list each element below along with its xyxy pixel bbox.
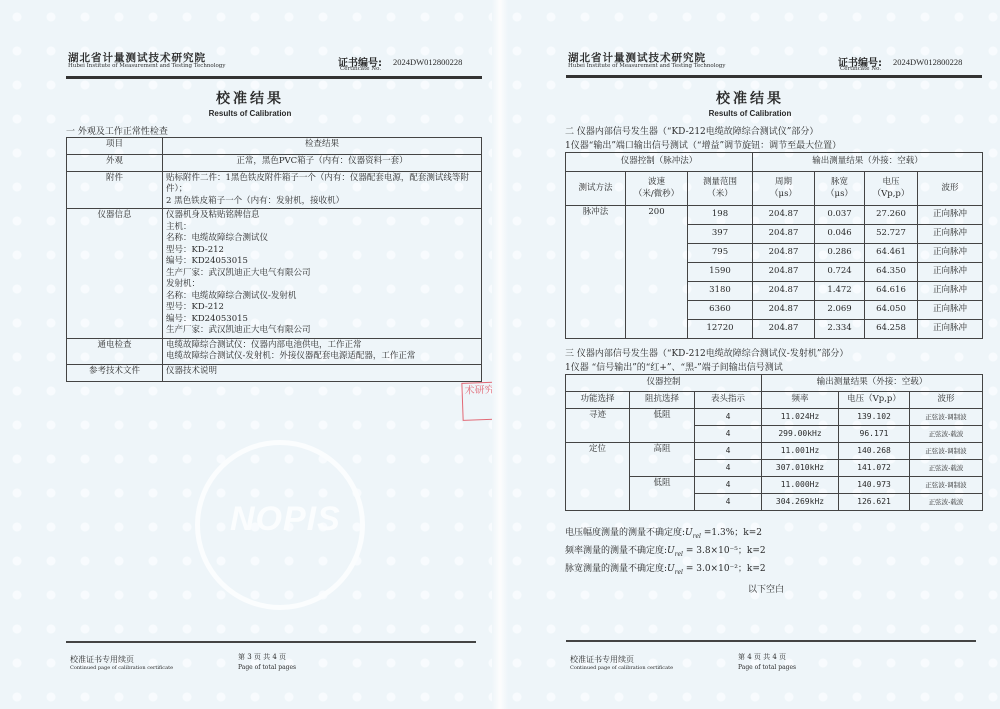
meter-reading: 4 bbox=[695, 443, 762, 460]
cell: 0.037 bbox=[815, 206, 865, 225]
meter-reading: 4 bbox=[695, 460, 762, 477]
footer-label-en: Continued page of calibration certificat… bbox=[570, 665, 673, 671]
voltage: 140.973 bbox=[839, 477, 910, 494]
column-header: 波速（米/微秒） bbox=[626, 172, 688, 206]
column-header: 电压（Vp,p） bbox=[865, 172, 918, 206]
cell: 795 bbox=[688, 244, 753, 263]
page-number-cn: 第 3 页 共 4 页 bbox=[238, 652, 286, 662]
cell: 2.069 bbox=[815, 301, 865, 320]
column-header: 阻抗选择 bbox=[630, 392, 695, 409]
column-header: 表头指示 bbox=[695, 392, 762, 409]
page-number-en: Page of total pages bbox=[238, 664, 296, 671]
table-row: 通电检查电缆故障综合测试仪：仪器内部电池供电，工作正常电缆故障综合测试仪-发射机… bbox=[67, 338, 482, 364]
function-select: 定位 bbox=[566, 443, 630, 511]
waveform: 正弦波-载波 bbox=[910, 426, 983, 443]
waveform: 正弦波-载波 bbox=[910, 460, 983, 477]
uncertainty-statement: 脉宽测量的测量不确定度:Urel = 3.0×10⁻²；k=2 bbox=[565, 561, 766, 576]
cell: 1.472 bbox=[815, 282, 865, 301]
footer-rule bbox=[66, 641, 476, 643]
cell: 204.87 bbox=[753, 263, 815, 282]
cell: 12720 bbox=[688, 320, 753, 339]
cell: 1590 bbox=[688, 263, 753, 282]
frequency: 299.00kHz bbox=[762, 426, 839, 443]
uncertainty-statement: 频率测量的测量不确定度:Urel = 3.8×10⁻⁵；k=2 bbox=[565, 543, 766, 558]
cell: 64.050 bbox=[865, 301, 918, 320]
check-result: 电缆故障综合测试仪：仪器内部电池供电，工作正常电缆故障综合测试仪-发射机：外接仪… bbox=[163, 338, 482, 364]
group-header: 仪器控制（脉冲法） bbox=[566, 153, 753, 172]
cell: 204.87 bbox=[753, 244, 815, 263]
cell: 204.87 bbox=[753, 206, 815, 225]
table-row: 外观正常，黑色PVC箱子（内有：仪器资料一套） bbox=[67, 155, 482, 172]
uncertainty-statement: 电压幅度测量的测量不确定度:Urel =1.3%；k=2 bbox=[565, 525, 762, 540]
page-header: 湖北省计量测试技术研究院 Hubei Institute of Measurem… bbox=[568, 50, 980, 74]
end-of-content-note: 以下空白 bbox=[748, 582, 784, 595]
cell: 64.258 bbox=[865, 320, 918, 339]
frequency: 11.000Hz bbox=[762, 477, 839, 494]
footer-label-cn: 校准证书专用续页 bbox=[70, 654, 134, 665]
column-header: 电压（Vp,p） bbox=[839, 392, 910, 409]
cert-label-en: Certificate No. bbox=[340, 66, 381, 72]
section-1-title: 一 外观及工作正常性检查 bbox=[66, 124, 168, 137]
table-row: 脉冲法200198204.870.03727.260正向脉冲 bbox=[566, 206, 983, 225]
certificate-number: 2024DW012800228 bbox=[893, 57, 962, 67]
column-header: 频率 bbox=[762, 392, 839, 409]
wave-speed: 200 bbox=[626, 206, 688, 339]
cell: 0.724 bbox=[815, 263, 865, 282]
voltage: 126.621 bbox=[839, 494, 910, 511]
column-header: 波形 bbox=[910, 392, 983, 409]
cell: 正向脉冲 bbox=[918, 301, 983, 320]
appearance-check-table: 项目检查结果外观正常，黑色PVC箱子（内有：仪器资料一套）附件贴标附件二件：1黑… bbox=[66, 137, 482, 382]
voltage: 141.072 bbox=[839, 460, 910, 477]
meter-reading: 4 bbox=[695, 409, 762, 426]
certificate-page-3: NOPIS 湖北省计量测试技术研究院 Hubei Institute of Me… bbox=[0, 0, 500, 709]
column-header: 测量范围（米） bbox=[688, 172, 753, 206]
header-rule bbox=[566, 75, 982, 78]
function-select: 寻迹 bbox=[566, 409, 630, 443]
voltage: 139.102 bbox=[839, 409, 910, 426]
page-title-cn: 校准结果 bbox=[0, 88, 500, 108]
table-row: 定位高阻411.001Hz140.268正弦波-调制波 bbox=[566, 443, 983, 460]
item-label: 通电检查 bbox=[67, 338, 163, 364]
check-result: 仪器技术说明 bbox=[163, 364, 482, 381]
frequency: 304.269kHz bbox=[762, 494, 839, 511]
cell: 正向脉冲 bbox=[918, 206, 983, 225]
institute-name-en: Hubei Institute of Measurement and Testi… bbox=[68, 63, 225, 69]
voltage: 96.171 bbox=[839, 426, 910, 443]
cell: 正向脉冲 bbox=[918, 244, 983, 263]
table-row: 仪器信息仪器机身及粘贴铭牌信息主机：名称：电缆故障综合测试仪型号：KD-212编… bbox=[67, 209, 482, 338]
group-header: 仪器控制 bbox=[566, 375, 762, 392]
section-3-title: 三 仪器内部信号发生器（“KD-212电缆故障综合测试仪-发射机”部分） bbox=[565, 346, 848, 359]
cell: 正向脉冲 bbox=[918, 282, 983, 301]
institute-name-en: Hubei Institute of Measurement and Testi… bbox=[568, 63, 725, 69]
header-rule bbox=[66, 76, 482, 79]
section-2-title: 二 仪器内部信号发生器（“KD-212电缆故障综合测试仪”部分） bbox=[565, 124, 818, 137]
cell: 正向脉冲 bbox=[918, 263, 983, 282]
column-header: 脉宽（μs） bbox=[815, 172, 865, 206]
column-header: 功能选择 bbox=[566, 392, 630, 409]
waveform: 正弦波-调制波 bbox=[910, 443, 983, 460]
section-2-subtitle: 1仪器“输出”端口输出信号测试（“增益”调节旋钮：调节至最大位置） bbox=[565, 138, 841, 151]
cell: 204.87 bbox=[753, 320, 815, 339]
column-header: 检查结果 bbox=[163, 138, 482, 155]
pulse-output-table: 仪器控制（脉冲法）输出测量结果（外接：空载）测试方法波速（米/微秒）测量范围（米… bbox=[565, 152, 983, 339]
cell: 204.87 bbox=[753, 301, 815, 320]
cell: 397 bbox=[688, 225, 753, 244]
footer-rule bbox=[566, 640, 976, 642]
test-method: 脉冲法 bbox=[566, 206, 626, 339]
cell: 正向脉冲 bbox=[918, 225, 983, 244]
page-header: 湖北省计量测试技术研究院 Hubei Institute of Measurem… bbox=[68, 50, 480, 74]
meter-reading: 4 bbox=[695, 426, 762, 443]
item-label: 附件 bbox=[67, 172, 163, 209]
nopis-watermark-logo: NOPIS bbox=[195, 440, 365, 610]
page-number-en: Page of total pages bbox=[738, 664, 796, 671]
cell: 64.616 bbox=[865, 282, 918, 301]
footer-label-en: Continued page of calibration certificat… bbox=[70, 665, 173, 671]
column-header: 项目 bbox=[67, 138, 163, 155]
column-header: 测试方法 bbox=[566, 172, 626, 206]
certificate-page-4: 湖北省计量测试技术研究院 Hubei Institute of Measurem… bbox=[500, 0, 1000, 709]
table-header-row: 项目检查结果 bbox=[67, 138, 482, 155]
cell: 64.350 bbox=[865, 263, 918, 282]
cell: 正向脉冲 bbox=[918, 320, 983, 339]
table-row: 寻迹低阻411.024Hz139.102正弦波-调制波 bbox=[566, 409, 983, 426]
waveform: 正弦波-调制波 bbox=[910, 477, 983, 494]
cell: 204.87 bbox=[753, 282, 815, 301]
check-result: 贴标附件二件：1黑色铁皮附件箱子一个（内有：仪器配套电源，配套测试线等附件）；2… bbox=[163, 172, 482, 209]
cell: 0.046 bbox=[815, 225, 865, 244]
voltage: 140.268 bbox=[839, 443, 910, 460]
check-result: 正常，黑色PVC箱子（内有：仪器资料一套） bbox=[163, 155, 482, 172]
column-header: 周期（μs） bbox=[753, 172, 815, 206]
frequency: 11.001Hz bbox=[762, 443, 839, 460]
cell: 2.334 bbox=[815, 320, 865, 339]
page-gutter bbox=[492, 0, 508, 709]
certificate-number: 2024DW012800228 bbox=[393, 57, 462, 67]
cell: 27.260 bbox=[865, 206, 918, 225]
item-label: 仪器信息 bbox=[67, 209, 163, 338]
page-title-en: Results of Calibration bbox=[500, 109, 1000, 118]
page-title-en: Results of Calibration bbox=[0, 109, 500, 118]
table-row: 附件贴标附件二件：1黑色铁皮附件箱子一个（内有：仪器配套电源，配套测试线等附件）… bbox=[67, 172, 482, 209]
transmitter-output-table: 仪器控制输出测量结果（外接：空载）功能选择阻抗选择表头指示频率电压（Vp,p）波… bbox=[565, 374, 983, 511]
cell: 0.286 bbox=[815, 244, 865, 263]
cell: 52.727 bbox=[865, 225, 918, 244]
section-3-subtitle: 1仪器 “信号输出”的“红+”、“黑-”端子间输出信号测试 bbox=[565, 360, 783, 373]
page-title-cn: 校准结果 bbox=[500, 88, 1000, 108]
table-row: 参考技术文件仪器技术说明 bbox=[67, 364, 482, 381]
cell: 6360 bbox=[688, 301, 753, 320]
impedance-select: 高阻 bbox=[630, 443, 695, 477]
impedance-select: 低阻 bbox=[630, 477, 695, 511]
waveform: 正弦波-调制波 bbox=[910, 409, 983, 426]
group-header: 输出测量结果（外接：空载） bbox=[753, 153, 983, 172]
impedance-select: 低阻 bbox=[630, 409, 695, 443]
column-header: 波形 bbox=[918, 172, 983, 206]
cert-label-en: Certificate No. bbox=[840, 66, 881, 72]
meter-reading: 4 bbox=[695, 494, 762, 511]
check-result: 仪器机身及粘贴铭牌信息主机：名称：电缆故障综合测试仪型号：KD-212编号：KD… bbox=[163, 209, 482, 338]
waveform: 正弦波-载波 bbox=[910, 494, 983, 511]
frequency: 11.024Hz bbox=[762, 409, 839, 426]
item-label: 外观 bbox=[67, 155, 163, 172]
cell: 204.87 bbox=[753, 225, 815, 244]
page-number-cn: 第 4 页 共 4 页 bbox=[738, 652, 786, 662]
footer-label-cn: 校准证书专用续页 bbox=[570, 654, 634, 665]
cell: 64.461 bbox=[865, 244, 918, 263]
frequency: 307.010kHz bbox=[762, 460, 839, 477]
item-label: 参考技术文件 bbox=[67, 364, 163, 381]
group-header: 输出测量结果（外接：空载） bbox=[762, 375, 983, 392]
meter-reading: 4 bbox=[695, 477, 762, 494]
cell: 198 bbox=[688, 206, 753, 225]
cell: 3180 bbox=[688, 282, 753, 301]
